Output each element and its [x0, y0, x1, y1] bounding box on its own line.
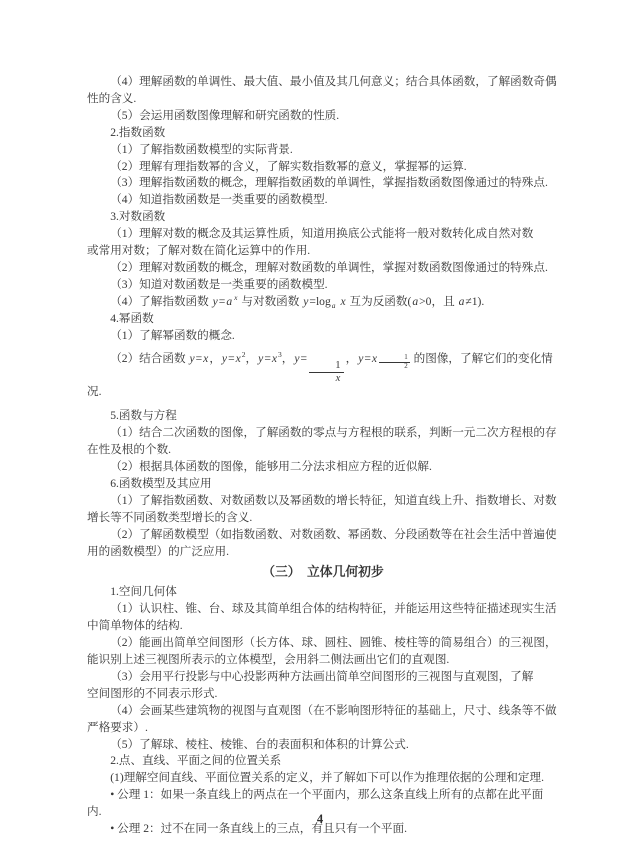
paragraph: 3.对数函数	[87, 209, 559, 226]
text-run: （3）理解指数函数的概念，理解指数函数的单调性，掌握指数函数图像通过的特殊点.	[110, 176, 548, 189]
paragraph: (1)理解空间直线、平面位置关系的定义，并了解如下可以作为推理依据的公理和定理.	[87, 770, 559, 787]
text-run: ，	[246, 352, 258, 365]
text-run: （三） 立体几何初步	[262, 565, 384, 579]
text-run: 互为反函数(	[347, 295, 412, 308]
text-run: 中简单物体的结构.	[87, 619, 183, 632]
paragraph: （3）会用平行投影与中心投影两种方法画出简单空间图形的三视图与直观图，了解空间图…	[87, 669, 559, 703]
paragraph: （1）了解指数函数模型的实际背景.	[87, 142, 559, 159]
paragraph: （2）理解有理指数幂的含义，了解实数指数幂的意义，掌握幂的运算.	[87, 159, 559, 176]
text-run: 4.幂函数	[110, 312, 153, 325]
paragraph: （5）了解球、棱柱、棱锥、台的表面积和体积的计算公式.	[87, 737, 559, 754]
text-run: x	[271, 352, 278, 365]
text-run: x	[339, 295, 346, 308]
text-run: a	[331, 301, 337, 310]
paragraph: 4.幂函数	[87, 311, 559, 328]
page-number: 4	[0, 812, 640, 827]
text-run: （1）结合二次函数的图像，了解函数的零点与方程根的联系，判断一元二次方程根的存	[110, 426, 556, 439]
text-run: ≠1).	[465, 295, 484, 308]
text-run: =log	[309, 295, 330, 308]
text-run: （5）会运用函数图像理解和研究函数的性质.	[110, 109, 339, 122]
text-run: ，	[282, 352, 294, 365]
paragraph: （1）了解指数函数、对数函数以及幂函数的增长特征，知道直线上升、指数增长、对数增…	[87, 493, 559, 527]
text-run: =	[301, 352, 308, 365]
text-run: =	[264, 352, 271, 365]
text-run: （1）认识柱、锥、台、球及其简单组合体的结构特征，并能运用这些特征描述现实生活	[110, 602, 556, 615]
math-fraction: 1x	[309, 360, 344, 384]
text-run: （2）理解有理指数幂的含义，了解实数指数幂的意义，掌握幂的运算.	[110, 160, 467, 173]
text-run: （1）了解指数函数模型的实际背景.	[110, 143, 293, 156]
paragraph: 6.函数模型及其应用	[87, 476, 559, 493]
text-run: y	[212, 295, 219, 308]
paragraph: （1）结合二次函数的图像，了解函数的零点与方程根的联系，判断一元二次方程根的存在…	[87, 425, 559, 459]
text-run: 1.空间几何体	[110, 585, 177, 598]
document-page: （4）理解函数的单调性、最大值、最小值及其几何意义；结合具体函数，了解函数奇偶性…	[0, 0, 640, 863]
text-run: （3）知道对数函数是一类重要的函数模型.	[110, 278, 327, 291]
paragraph: 5.函数与方程	[87, 408, 559, 425]
paragraph: （1）认识柱、锥、台、球及其简单组合体的结构特征，并能运用这些特征描述现实生活中…	[87, 601, 559, 635]
text-run: （4）理解函数的单调性、最大值、最小值及其几何意义；结合具体函数，了解函数奇偶	[110, 75, 556, 88]
paragraph: （2）根据具体函数的图像，能够用二分法求相应方程的近似解.	[87, 459, 559, 476]
text-run: 严格要求）.	[87, 721, 148, 734]
text-run: 用的函数模型）的广泛应用.	[87, 545, 229, 558]
paragraph: （4）了解指数函数 y=ax 与对数函数 y=loga x 互为反函数(a>0，…	[87, 294, 559, 311]
text-run: x	[235, 352, 242, 365]
text-run: （1）了解幂函数的概念.	[110, 329, 235, 342]
text-run: （4）知道指数函数是一类重要的函数模型.	[110, 193, 327, 206]
text-run: y	[293, 352, 300, 365]
text-run: （2）结合函数	[110, 352, 188, 365]
text-run: a	[411, 295, 419, 308]
text-run: a	[225, 295, 233, 308]
text-run: =	[364, 352, 371, 365]
text-run: x	[371, 352, 378, 365]
text-run: =	[228, 352, 235, 365]
text-run: >0，且	[419, 295, 457, 308]
text-run: 2.点、直线、平面之间的位置关系	[110, 754, 281, 767]
text-run: （4）会画某些建筑物的视图与直观图（在不影响图形特征的基础上，尺寸、线条等不做	[110, 704, 556, 717]
paragraph: （1）了解幂函数的概念.	[87, 328, 559, 345]
paragraph: 2.指数函数	[87, 125, 559, 142]
text-run: （5）了解球、棱柱、棱锥、台的表面积和体积的计算公式.	[110, 738, 409, 751]
page-content: （4）理解函数的单调性、最大值、最小值及其几何意义；结合具体函数，了解函数奇偶性…	[87, 74, 559, 838]
text-run: （1）理解对数的概念及其运算性质，知道用换底公式能将一般对数转化成自然对数	[110, 227, 533, 240]
text-run: （1）了解指数函数、对数函数以及幂函数的增长特征，知道直线上升、指数增长、对数	[110, 494, 556, 507]
text-run: 增长等不同函数类型增长的含义.	[87, 511, 252, 524]
paragraph: （3）知道对数函数是一类重要的函数模型.	[87, 277, 559, 294]
text-run: (1)理解空间直线、平面位置关系的定义，并了解如下可以作为推理依据的公理和定理.	[110, 771, 544, 784]
paragraph: （1）理解对数的概念及其运算性质，知道用换底公式能将一般对数转化成自然对数或常用…	[87, 226, 559, 260]
paragraph: （4）知道指数函数是一类重要的函数模型.	[87, 192, 559, 209]
text-run: ，	[346, 352, 358, 365]
paragraph: （3）理解指数函数的概念，理解指数函数的单调性，掌握指数函数图像通过的特殊点.	[87, 175, 559, 192]
text-run: （2）根据具体函数的图像，能够用二分法求相应方程的近似解.	[110, 460, 432, 473]
paragraph: （4）理解函数的单调性、最大值、最小值及其几何意义；结合具体函数，了解函数奇偶性…	[87, 74, 559, 108]
text-run: 5.函数与方程	[110, 409, 177, 422]
paragraph: （2）结合函数 y=x，y=x2，y=x3，y=1x，y=x12 的图像，了解它…	[87, 345, 559, 409]
paragraph: 1.空间几何体	[87, 584, 559, 601]
text-run: （3）会用平行投影与中心投影两种方法画出简单空间图形的三视图与直观图，了解	[110, 670, 533, 683]
paragraph: （2）理解对数函数的概念，理解对数函数的单调性，掌握对数函数图像通过的特殊点.	[87, 260, 559, 277]
paragraph: （2）了解函数模型（如指数函数、对数函数、幂函数、分段函数等在社会生活中普遍使用…	[87, 527, 559, 561]
text-run: （2）能画出简单空间图形（长方体、球、圆柱、圆锥、棱柱等的简易组合）的三视图，	[110, 636, 556, 649]
text-run: ，	[209, 352, 221, 365]
paragraph: 2.点、直线、平面之间的位置关系	[87, 753, 559, 770]
section-heading: （三） 立体几何初步	[87, 564, 559, 581]
text-run: （4）了解指数函数	[110, 295, 211, 308]
text-run: y	[221, 352, 228, 365]
text-run: 与对数函数	[238, 295, 302, 308]
text-run: y	[188, 352, 195, 365]
text-run: 空间图形的不同表示形式.	[87, 687, 217, 700]
paragraph: （4）会画某些建筑物的视图与直观图（在不影响图形特征的基础上，尺寸、线条等不做严…	[87, 703, 559, 737]
text-run: 3.对数函数	[110, 210, 165, 223]
text-run: 6.函数模型及其应用	[110, 477, 211, 490]
text-run: （2）理解对数函数的概念，理解对数函数的单调性，掌握对数函数图像通过的特殊点.	[110, 261, 548, 274]
text-run: 2.指数函数	[110, 126, 165, 139]
math-fraction: 12	[379, 354, 410, 370]
text-run: （2）了解函数模型（如指数函数、对数函数、幂函数、分段函数等在社会生活中普遍使	[110, 528, 556, 541]
text-run: 或常用对数；了解对数在简化运算中的作用.	[87, 244, 310, 257]
text-run: 能识别上述三视图所表示的立体模型，会用斜二侧法画出它们的直观图.	[87, 653, 449, 666]
text-run: • 公理 1：如果一条直线上的两点在一个平面内，那么这条直线上所有的点都在此平面	[110, 788, 543, 801]
paragraph: （2）能画出简单空间图形（长方体、球、圆柱、圆锥、棱柱等的简易组合）的三视图，能…	[87, 635, 559, 669]
text-run: 在性及根的个数.	[87, 443, 171, 456]
text-run: 性的含义.	[87, 92, 136, 105]
paragraph: （5）会运用函数图像理解和研究函数的性质.	[87, 108, 559, 125]
